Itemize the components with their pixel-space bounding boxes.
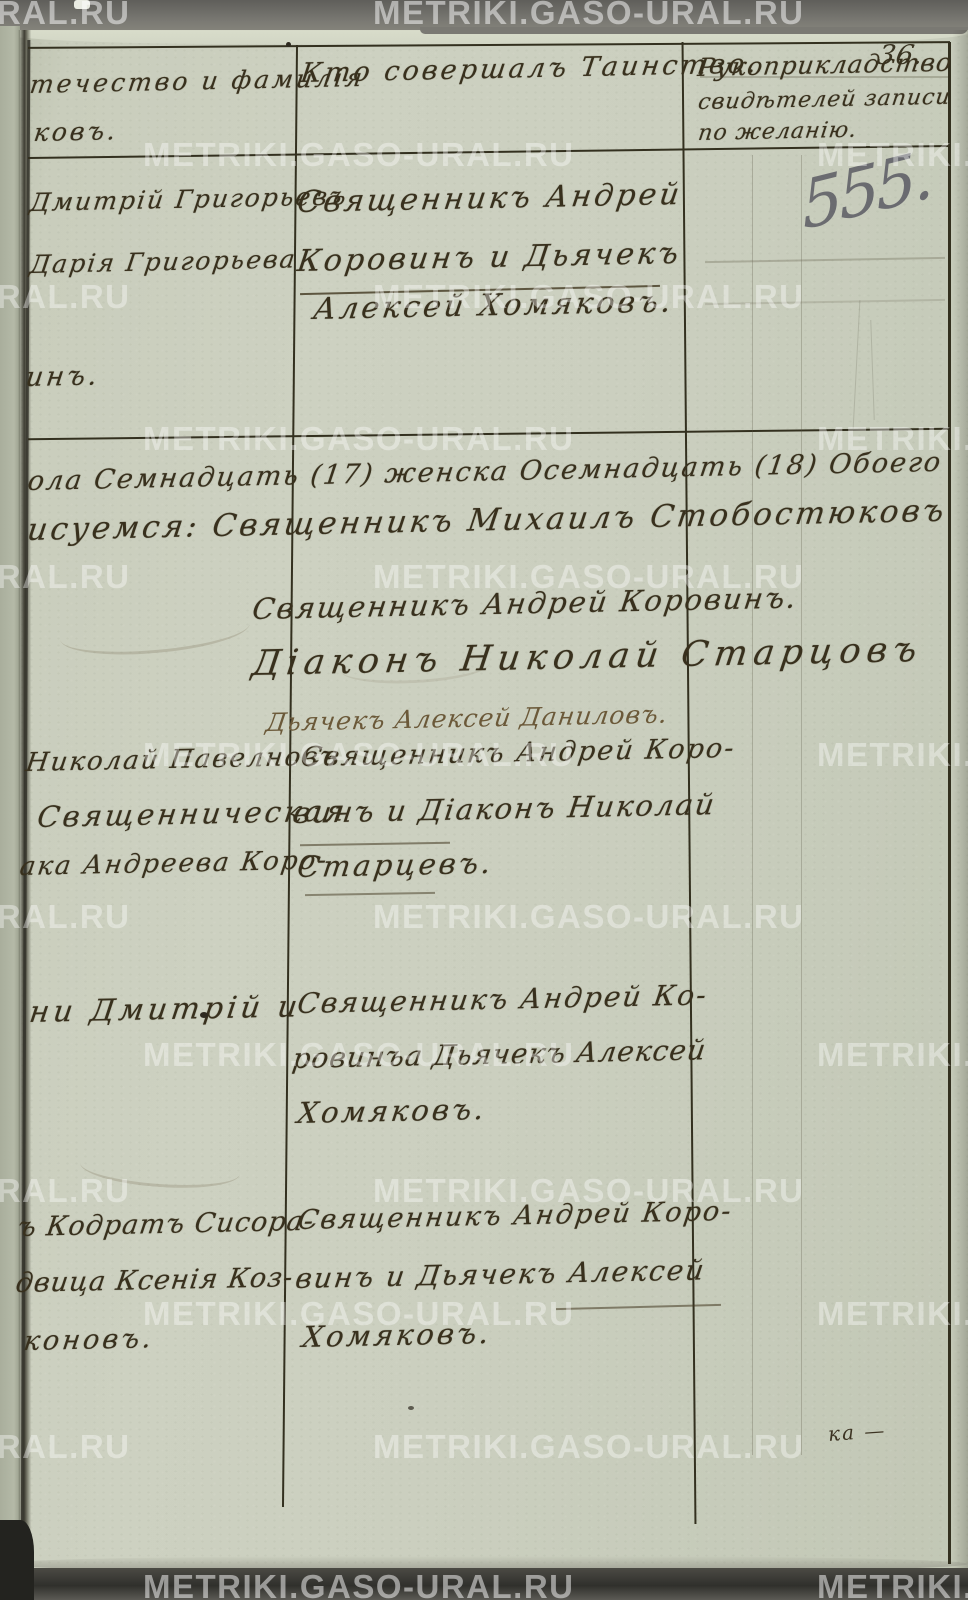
watermark-text: METRIKI.GASO-URAL.RU	[0, 898, 130, 936]
entry1-godparent-line3: инъ.	[24, 360, 102, 393]
watermark-text: METRIKI.GASO-URAL.RU	[0, 0, 130, 32]
watermark-row: METRIKI.GASO-URAL.RUMETRIKI.GASO-URAL.RU	[0, 1172, 968, 1206]
watermark-row: METRIKI.GASO-URAL.RUMETRIKI.GASO-URAL.RU	[0, 898, 968, 932]
watermark-text: METRIKI.GASO-URAL.RU	[817, 136, 968, 174]
watermark-text: METRIKI.GASO-URAL.RU	[373, 558, 804, 596]
scanned-metric-book-page: 36. течество и фамилія ковъ. Кто соверша…	[0, 0, 968, 1600]
entry4-godparent-line1: ъ Кодратъ Сисора-	[16, 1206, 317, 1243]
watermark-row: METRIKI.GASO-URAL.RUMETRIKI.GASO-URAL.RU	[0, 278, 968, 312]
watermark-text: METRIKI.GASO-URAL.RU	[817, 736, 968, 774]
watermark-text: METRIKI.GASO-URAL.RU	[817, 1568, 968, 1600]
entry2-officiant-line3: Старцевъ.	[295, 846, 496, 884]
watermark-text: METRIKI.GASO-URAL.RU	[0, 278, 130, 316]
watermark-row: METRIKI.GASO-URAL.RUMETRIKI.GASO-URAL.RU	[0, 558, 968, 592]
watermark-row: METRIKI.GASO-URAL.RUMETRIKI.GASO-URAL.RU	[0, 420, 968, 454]
watermark-text: METRIKI.GASO-URAL.RU	[373, 278, 804, 316]
entry4-godparent-line2: двица Ксенія Коз-	[14, 1262, 296, 1299]
watermark-text: METRIKI.GASO-URAL.RU	[0, 558, 130, 596]
watermark-text: METRIKI.GASO-URAL.RU	[0, 1172, 130, 1210]
watermark-text: METRIKI.GASO-URAL.RU	[373, 898, 804, 936]
watermark-text: METRIKI.GASO-URAL.RU	[373, 1172, 804, 1210]
watermark-row: METRIKI.GASO-URAL.RUMETRIKI.GASO-URAL.RU	[0, 736, 968, 770]
watermark-row: METRIKI.GASO-URAL.RUMETRIKI.GASO-URAL.RU	[0, 1568, 968, 1600]
header-signatures-line1: Рукоприкладство	[696, 48, 954, 82]
entry3-godparent-line1: ни Дмитрій и	[27, 989, 303, 1030]
entry3-officiant-line3: Хомяковъ.	[295, 1092, 489, 1130]
previous-page-edge	[0, 26, 20, 1571]
watermark-text: METRIKI.GASO-URAL.RU	[817, 420, 968, 458]
watermark-row: METRIKI.GASO-URAL.RUMETRIKI.GASO-URAL.RU	[0, 1295, 968, 1329]
ink-speck-2	[408, 1406, 414, 1410]
watermark-row: METRIKI.GASO-URAL.RUMETRIKI.GASO-URAL.RU	[0, 0, 968, 28]
watermark-text: METRIKI.GASO-URAL.RU	[143, 736, 574, 774]
table-right-border	[948, 42, 951, 1564]
watermark-text: METRIKI.GASO-URAL.RU	[143, 420, 574, 458]
watermark-text: METRIKI.GASO-URAL.RU	[143, 1036, 574, 1074]
watermark-text: METRIKI.GASO-URAL.RU	[817, 1036, 968, 1074]
watermark-row: METRIKI.GASO-URAL.RUMETRIKI.GASO-URAL.RU	[0, 136, 968, 170]
ink-speck-1	[200, 1012, 208, 1018]
watermark-text: METRIKI.GASO-URAL.RU	[373, 1428, 804, 1466]
watermark-text: METRIKI.GASO-URAL.RU	[143, 136, 574, 174]
watermark-text: METRIKI.GASO-URAL.RU	[817, 1295, 968, 1333]
watermark-row: METRIKI.GASO-URAL.RUMETRIKI.GASO-URAL.RU	[0, 1036, 968, 1070]
watermark-text: METRIKI.GASO-URAL.RU	[143, 1295, 574, 1333]
watermark-text: METRIKI.GASO-URAL.RU	[143, 1568, 574, 1600]
watermark-text: METRIKI.GASO-URAL.RU	[373, 0, 804, 32]
page-right-shading	[952, 30, 968, 1570]
entry1-godparent-line2: Дарія Григорьева	[28, 244, 299, 279]
watermark-text: METRIKI.GASO-URAL.RU	[0, 1428, 130, 1466]
watermark-row: METRIKI.GASO-URAL.RUMETRIKI.GASO-URAL.RU	[0, 1428, 968, 1462]
pencil-guide-line-1	[752, 155, 753, 1455]
pencil-guide-line-2	[801, 155, 802, 1455]
header-signatures-line2: свидѣтелей записи	[697, 85, 953, 115]
ink-speck-3	[286, 42, 291, 47]
